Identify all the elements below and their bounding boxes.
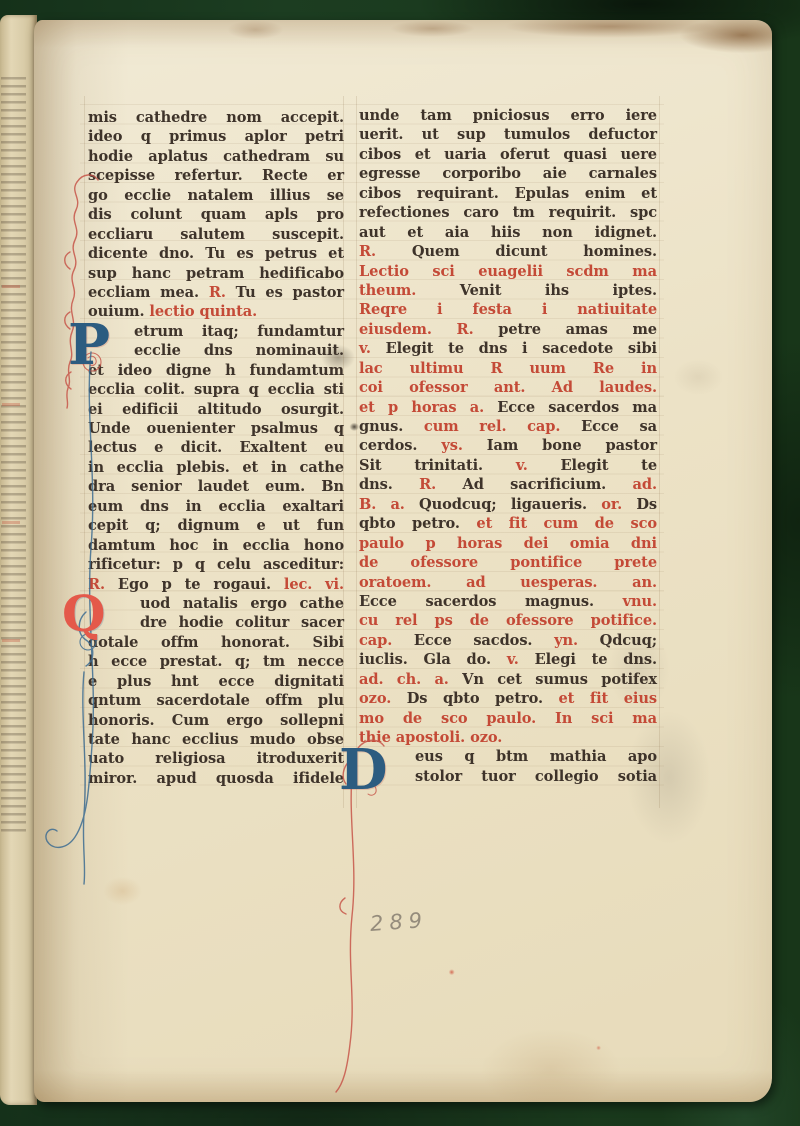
rubric-text: yn. (554, 632, 600, 649)
rubric-text: ad. ch. a. (359, 671, 462, 688)
text-line: gnus. cum rel. cap. Ecce sa (359, 417, 657, 436)
ink-text: aut et aia hiis non idignet. (359, 224, 657, 241)
text-line: lac ultimu R uum Re in (359, 359, 657, 378)
ink-text: Ego p te rogaui. (118, 576, 284, 593)
rubric-text: cum rel. cap. (424, 418, 581, 435)
ink-text: Iam bone pastor (487, 437, 657, 454)
text-line: ecclie dns nominauit. (88, 341, 344, 360)
rubric-text: lac ultimu R uum Re in (359, 360, 657, 377)
folio-number: 289 (369, 908, 429, 936)
text-line: coi ofessor ant. Ad laudes. (359, 378, 657, 397)
manuscript-photograph: mis cathedre nom accepit.ideo q primus a… (0, 0, 800, 1126)
text-line: mo de sco paulo. In sci ma (359, 709, 657, 728)
ink-text: petre amas me (498, 321, 657, 338)
ink-text: uato religiosa itroduxerit (88, 750, 344, 767)
text-line: stolor tuor collegio sotia (359, 767, 657, 786)
text-line: e plus hnt ecce dignitati (88, 672, 344, 691)
text-line: scepisse refertur. Recte er (88, 166, 344, 185)
ink-text: qbto petro. (359, 515, 476, 532)
text-line: R. Quem dicunt homines. (359, 242, 657, 261)
text-line: Deus q btm mathia apo (359, 747, 657, 766)
rubric-text: de ofessore pontifice prete (359, 554, 657, 571)
text-line: ei edificii altitudo osurgit. (88, 400, 344, 419)
text-line: hodie aplatus cathedram su (88, 147, 344, 166)
ink-text: stolor tuor collegio sotia (415, 768, 657, 785)
ink-text: Ecce sa (581, 418, 657, 435)
right-column: unde tam pniciosus erro iereuerit. ut su… (359, 106, 657, 786)
ruling-vertical-line (84, 96, 85, 808)
ink-text: damtum hoc in ecclia hono (88, 537, 344, 554)
text-line: miror. apud quosda ifidele (88, 769, 344, 788)
ink-text: cepit q; dignum e ut fun (88, 517, 344, 534)
ink-text: dotale offm honorat. Sibi (88, 634, 344, 651)
rubric-text: Lectio sci euagelii scdm ma (359, 263, 657, 280)
ink-text: ecclia colit. supra q ecclia sti (88, 381, 344, 398)
ink-text: Ecce sacerdos magnus. (359, 593, 623, 610)
rubric-text: cap. (359, 632, 414, 649)
text-line: de ofessore pontifice prete (359, 553, 657, 572)
rubric-text: v. (516, 457, 561, 474)
ink-text: cibos et uaria oferut quasi uere (359, 146, 657, 163)
rubric-text: or. (601, 496, 636, 513)
text-line: damtum hoc in ecclia hono (88, 536, 344, 555)
ink-text: Ecce sacdos. (414, 632, 554, 649)
text-line: qntum sacerdotale offm plu (88, 691, 344, 710)
ink-text: lectus e dicit. Exaltent eu (88, 439, 344, 456)
rubric-text: mo de sco paulo. In sci ma (359, 710, 657, 727)
ink-text: Quodcuq; ligaueris. (419, 496, 601, 513)
ink-text: dicente dno. Tu es petrus et (88, 245, 344, 262)
ink-text: Elegit te dns i sacedote sibi (386, 340, 657, 357)
text-line: oratoem. ad uesperas. an. (359, 573, 657, 592)
text-line: uerit. ut sup tumulos defuctor (359, 125, 657, 144)
ink-text: etrum itaq; fundamtur (134, 323, 344, 340)
text-line: lectus e dicit. Exaltent eu (88, 438, 344, 457)
ink-text: eus q btm mathia apo (415, 748, 657, 765)
ink-text: tate hanc ecclius mudo obse (88, 731, 344, 748)
ink-text: Tu es pastor (236, 284, 344, 301)
rubric-text: coi ofessor ant. Ad laudes. (359, 379, 657, 396)
rubric-text: et fit cum de sco (476, 515, 657, 532)
text-line: R. Ego p te rogaui. lec. vi. (88, 575, 344, 594)
text-line: Lectio sci euagelii scdm ma (359, 262, 657, 281)
rubric-text: oratoem. ad uesperas. an. (359, 574, 657, 591)
text-line: eum dns in ecclia exaltari (88, 497, 344, 516)
rubric-text: theum. (359, 282, 460, 299)
text-line: theum. Venit ihs iptes. (359, 281, 657, 300)
illuminated-initial-q: Q (62, 589, 105, 639)
rubric-text: R. (359, 243, 412, 260)
text-line: et ideo digne h fundamtum (88, 361, 344, 380)
ink-text: cerdos. (359, 437, 441, 454)
text-line: cibos requirant. Epulas enim et (359, 184, 657, 203)
text-line: qbto petro. et fit cum de sco (359, 514, 657, 533)
rubric-text: ad. (633, 476, 657, 493)
text-line: dra senior laudet eum. Bn (88, 477, 344, 496)
rubric-text: paulo p horas dei omia dni (359, 535, 657, 552)
text-line: cepit q; dignum e ut fun (88, 516, 344, 535)
text-line: Petrum itaq; fundamtur (88, 322, 344, 341)
ink-text: cibos requirant. Epulas enim et (359, 185, 657, 202)
ink-text: dre hodie colitur sacer (140, 614, 344, 631)
text-line: in ecclia plebis. et in cathe (88, 458, 344, 477)
ink-text: Qdcuq; (600, 632, 657, 649)
rubric-text: eiusdem. R. (359, 321, 498, 338)
ink-text: iuclis. Gla do. (359, 651, 507, 668)
ink-text: Elegi te dns. (535, 651, 657, 668)
ink-text: Ad sacrificium. (462, 476, 632, 493)
text-line: Reqre i festa i natiuitate (359, 300, 657, 319)
text-line: ouium. lectio quinta. (88, 302, 344, 321)
text-line: Sit trinitati. v. Elegit te (359, 456, 657, 475)
ink-text: eccliaru salutem suscepit. (88, 226, 344, 243)
text-line: honoris. Cum ergo sollepni (88, 711, 344, 730)
text-line: cu rel ps de ofessore potifice. (359, 611, 657, 630)
rubric-text: vnu. (623, 593, 657, 610)
ink-text: Sit trinitati. (359, 457, 516, 474)
ink-text: ideo q primus aplor petri (88, 128, 344, 145)
rubric-text: B. a. (359, 496, 419, 513)
rubric-text: v. (507, 651, 535, 668)
text-line: mis cathedre nom accepit. (88, 108, 344, 127)
rubric-text: lectio quinta. (149, 303, 257, 320)
ink-text: eum dns in ecclia exaltari (88, 498, 344, 515)
ink-text: Ds qbto petro. (407, 690, 559, 707)
text-line: dre hodie colitur sacer (88, 613, 344, 632)
text-line: rificetur: p q celu asceditur: (88, 555, 344, 574)
ruling-vertical-line (356, 96, 357, 808)
ink-text: Venit ihs iptes. (460, 282, 657, 299)
ink-text: Unde ouenienter psalmus q (88, 420, 344, 437)
ink-text: ecclie dns nominauit. (134, 342, 344, 359)
text-line: egresse corporibo aie carnales (359, 164, 657, 183)
rubric-text: ys. (441, 437, 486, 454)
text-line: paulo p horas dei omia dni (359, 534, 657, 553)
ink-text: go ecclie natalem illius se (88, 187, 344, 204)
ink-text: rificetur: p q celu asceditur: (88, 556, 344, 573)
rubric-text: et p horas a. (359, 399, 497, 416)
text-line: uato religiosa itroduxerit (88, 749, 344, 768)
text-line: unde tam pniciosus erro iere (359, 106, 657, 125)
text-line: eiusdem. R. petre amas me (359, 320, 657, 339)
text-line: cap. Ecce sacdos. yn. Qdcuq; (359, 631, 657, 650)
text-line: v. Elegit te dns i sacedote sibi (359, 339, 657, 358)
text-line: ecclia colit. supra q ecclia sti (88, 380, 344, 399)
ink-text: honoris. Cum ergo sollepni (88, 712, 344, 729)
ink-text: uod natalis ergo cathe (140, 595, 344, 612)
ink-text: hodie aplatus cathedram su (88, 148, 344, 165)
text-line: ozo. Ds qbto petro. et fit eius (359, 689, 657, 708)
ink-text: refectiones caro tm requirit. spc (359, 204, 657, 221)
text-line: Ecce sacerdos magnus. vnu. (359, 592, 657, 611)
ink-text: in ecclia plebis. et in cathe (88, 459, 344, 476)
rubric-text: v. (359, 340, 386, 357)
text-line: B. a. Quodcuq; ligaueris. or. Ds (359, 495, 657, 514)
ink-text: egresse corporibo aie carnales (359, 165, 657, 182)
text-line: go ecclie natalem illius se (88, 186, 344, 205)
text-line: ideo q primus aplor petri (88, 127, 344, 146)
ink-text: dis colunt quam apls pro (88, 206, 344, 223)
text-line: aut et aia hiis non idignet. (359, 223, 657, 242)
ink-text: sup hanc petram hedificabo (88, 265, 344, 282)
ink-text: Quem dicunt homines. (412, 243, 657, 260)
ink-text: h ecce prestat. q; tm necce (88, 653, 344, 670)
rubric-text: lec. vi. (284, 576, 344, 593)
text-line: thie apostoli. ozo. (359, 728, 657, 747)
text-line: cibos et uaria oferut quasi uere (359, 145, 657, 164)
ink-text: et ideo digne h fundamtum (88, 362, 344, 379)
ink-text: unde tam pniciosus erro iere (359, 107, 657, 124)
text-line: cerdos. ys. Iam bone pastor (359, 436, 657, 455)
text-line: ad. ch. a. Vn cet sumus potifex (359, 670, 657, 689)
ink-text: Vn cet sumus potifex (462, 671, 657, 688)
ink-text: dra senior laudet eum. Bn (88, 478, 344, 495)
text-line: tate hanc ecclius mudo obse (88, 730, 344, 749)
book-page-edges (0, 15, 37, 1105)
text-line: et p horas a. Ecce sacerdos ma (359, 398, 657, 417)
rubric-text: R. (209, 284, 236, 301)
ink-text: qntum sacerdotale offm plu (88, 692, 344, 709)
text-line: dis colunt quam apls pro (88, 205, 344, 224)
ink-text: Elegit te (561, 457, 657, 474)
illuminated-initial-p: P (68, 317, 110, 373)
ink-text: ei edificii altitudo osurgit. (88, 401, 344, 418)
rubric-text: R. (419, 476, 462, 493)
ink-text: dns. (359, 476, 419, 493)
ink-text: miror. apud quosda ifidele (88, 770, 344, 787)
text-line: Unde ouenienter psalmus q (88, 419, 344, 438)
rubric-text: ozo. (359, 690, 407, 707)
ruling-vertical-line (659, 96, 660, 808)
manuscript-page: mis cathedre nom accepit.ideo q primus a… (34, 20, 772, 1102)
text-line: Quod natalis ergo cathe (88, 594, 344, 613)
text-line: sup hanc petram hedificabo (88, 264, 344, 283)
text-line: h ecce prestat. q; tm necce (88, 652, 344, 671)
text-line: dns. R. Ad sacrificium. ad. (359, 475, 657, 494)
text-line: eccliaru salutem suscepit. (88, 225, 344, 244)
text-line: refectiones caro tm requirit. spc (359, 203, 657, 222)
text-line: dicente dno. Tu es petrus et (88, 244, 344, 263)
ink-text: eccliam mea. (88, 284, 209, 301)
ink-text: gnus. (359, 418, 424, 435)
rubric-text: cu rel ps de ofessore potifice. (359, 612, 657, 629)
text-line: iuclis. Gla do. v. Elegi te dns. (359, 650, 657, 669)
rubric-text: Reqre i festa i natiuitate (359, 301, 657, 318)
rubric-text: et fit eius (559, 690, 657, 707)
ink-text: scepisse refertur. Recte er (88, 167, 344, 184)
illuminated-initial-d: D (339, 742, 387, 798)
text-line: dotale offm honorat. Sibi (88, 633, 344, 652)
ink-text: uerit. ut sup tumulos defuctor (359, 126, 657, 143)
ink-text: e plus hnt ecce dignitati (88, 673, 344, 690)
text-line: eccliam mea. R. Tu es pastor (88, 283, 344, 302)
ink-text: Ds (636, 496, 657, 513)
ink-text: Ecce sacerdos ma (497, 399, 657, 416)
left-column: mis cathedre nom accepit.ideo q primus a… (88, 108, 344, 788)
ink-text: mis cathedre nom accepit. (88, 109, 344, 126)
